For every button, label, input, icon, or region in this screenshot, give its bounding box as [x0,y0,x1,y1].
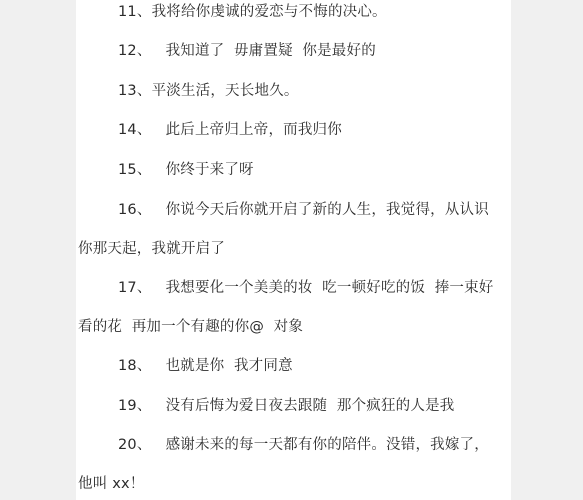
item-number: 11、 [118,1,152,23]
item-number: 19、 [118,395,152,417]
item-text: 你说今天后你就开启了新的人生，我觉得，从认识 [166,199,489,221]
list-item-continuation: 他叫 xx！ [78,473,144,495]
item-text: 我将给你虔诚的爱恋与不悔的决心。 [152,1,387,23]
item-number: 14、 [118,119,152,141]
item-number: 16、 [118,199,152,221]
item-text: 也就是你 我才同意 [166,355,293,377]
list-item: 15、你终于来了呀 [118,159,254,181]
item-text: 看的花 再加一个有趣的你@ 对象 [78,316,303,338]
item-number: 18、 [118,355,152,377]
item-number: 12、 [118,40,152,62]
list-item: 14、此后上帝归上帝，而我归你 [118,119,342,141]
list-item: 13、平淡生活，天长地久。 [118,80,299,102]
item-text: 感谢未来的每一天都有你的陪伴。没错，我嫁了， [166,434,489,456]
list-item: 12、我知道了 毋庸置疑 你是最好的 [118,40,376,62]
item-number: 13、 [118,80,152,102]
item-text: 你终于来了呀 [166,159,254,181]
item-number: 15、 [118,159,152,181]
item-number: 17、 [118,277,152,299]
item-number: 20、 [118,434,152,456]
document-page: 11、我将给你虔诚的爱恋与不悔的决心。12、我知道了 毋庸置疑 你是最好的13、… [76,0,511,500]
item-text: 他叫 xx！ [78,473,144,495]
list-item: 20、感谢未来的每一天都有你的陪伴。没错，我嫁了， [118,434,489,456]
item-text: 平淡生活，天长地久。 [152,80,299,102]
item-text: 没有后悔为爱日夜去跟随 那个疯狂的人是我 [166,395,455,417]
list-item: 16、你说今天后你就开启了新的人生，我觉得，从认识 [118,199,489,221]
list-item: 11、我将给你虔诚的爱恋与不悔的决心。 [118,1,387,23]
list-item: 17、我想要化一个美美的妆 吃一顿好吃的饭 捧一束好 [118,277,494,299]
item-text: 我想要化一个美美的妆 吃一顿好吃的饭 捧一束好 [166,277,494,299]
item-text: 此后上帝归上帝，而我归你 [166,119,342,141]
list-item-continuation: 看的花 再加一个有趣的你@ 对象 [78,316,303,338]
item-text: 我知道了 毋庸置疑 你是最好的 [166,40,376,62]
list-item-continuation: 你那天起，我就开启了 [78,238,225,260]
item-text: 你那天起，我就开启了 [78,238,225,260]
list-item: 19、没有后悔为爱日夜去跟随 那个疯狂的人是我 [118,395,454,417]
list-item: 18、也就是你 我才同意 [118,355,293,377]
